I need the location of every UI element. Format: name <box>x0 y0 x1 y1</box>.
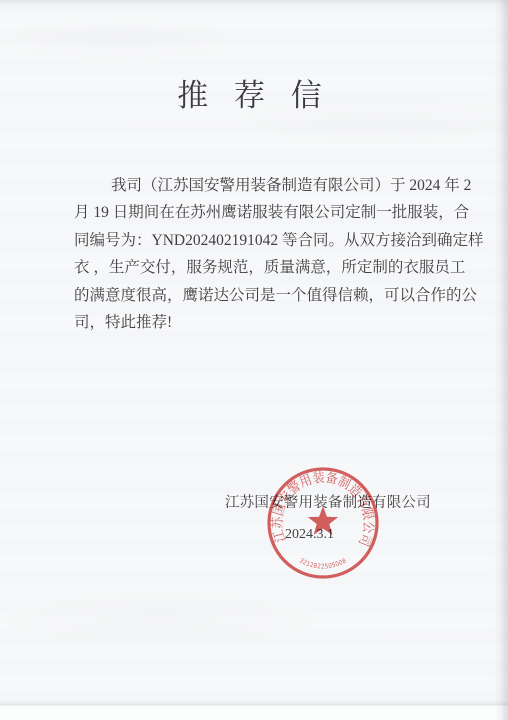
star-icon <box>308 506 338 535</box>
letter-title: 推 荐 信 <box>0 76 508 116</box>
body-line: 同编号为：YND202402191042 等合同。从双方接洽到确定样 <box>74 227 436 254</box>
seal-code-text-path: 3212822505008 <box>298 556 348 570</box>
body-line: 我司（江苏国安警用装备制造有限公司）于 2024 年 2 <box>74 172 436 199</box>
body-line: 的满意度很高，鹰诺达公司是一个值得信赖，可以合作的公 <box>74 282 436 309</box>
company-seal-stamp: 江苏国安警用装备制造有限公司 3212822505008 <box>254 454 392 592</box>
letter-body: 我司（江苏国安警用装备制造有限公司）于 2024 年 2 月 19 日期间在在苏… <box>74 172 436 336</box>
body-line: 月 19 日期间在在苏州鹰诺服装有限公司定制一批服装，合 <box>74 199 436 226</box>
body-line: 司，特此推荐! <box>74 309 436 336</box>
seal-code-text: 3212822505008 <box>298 556 348 570</box>
scanned-letter-page: 推 荐 信 我司（江苏国安警用装备制造有限公司）于 2024 年 2 月 19 … <box>0 0 508 720</box>
body-line: 衣 ，生产交付，服务规范，质量满意，所定制的衣服员工 <box>74 254 436 281</box>
